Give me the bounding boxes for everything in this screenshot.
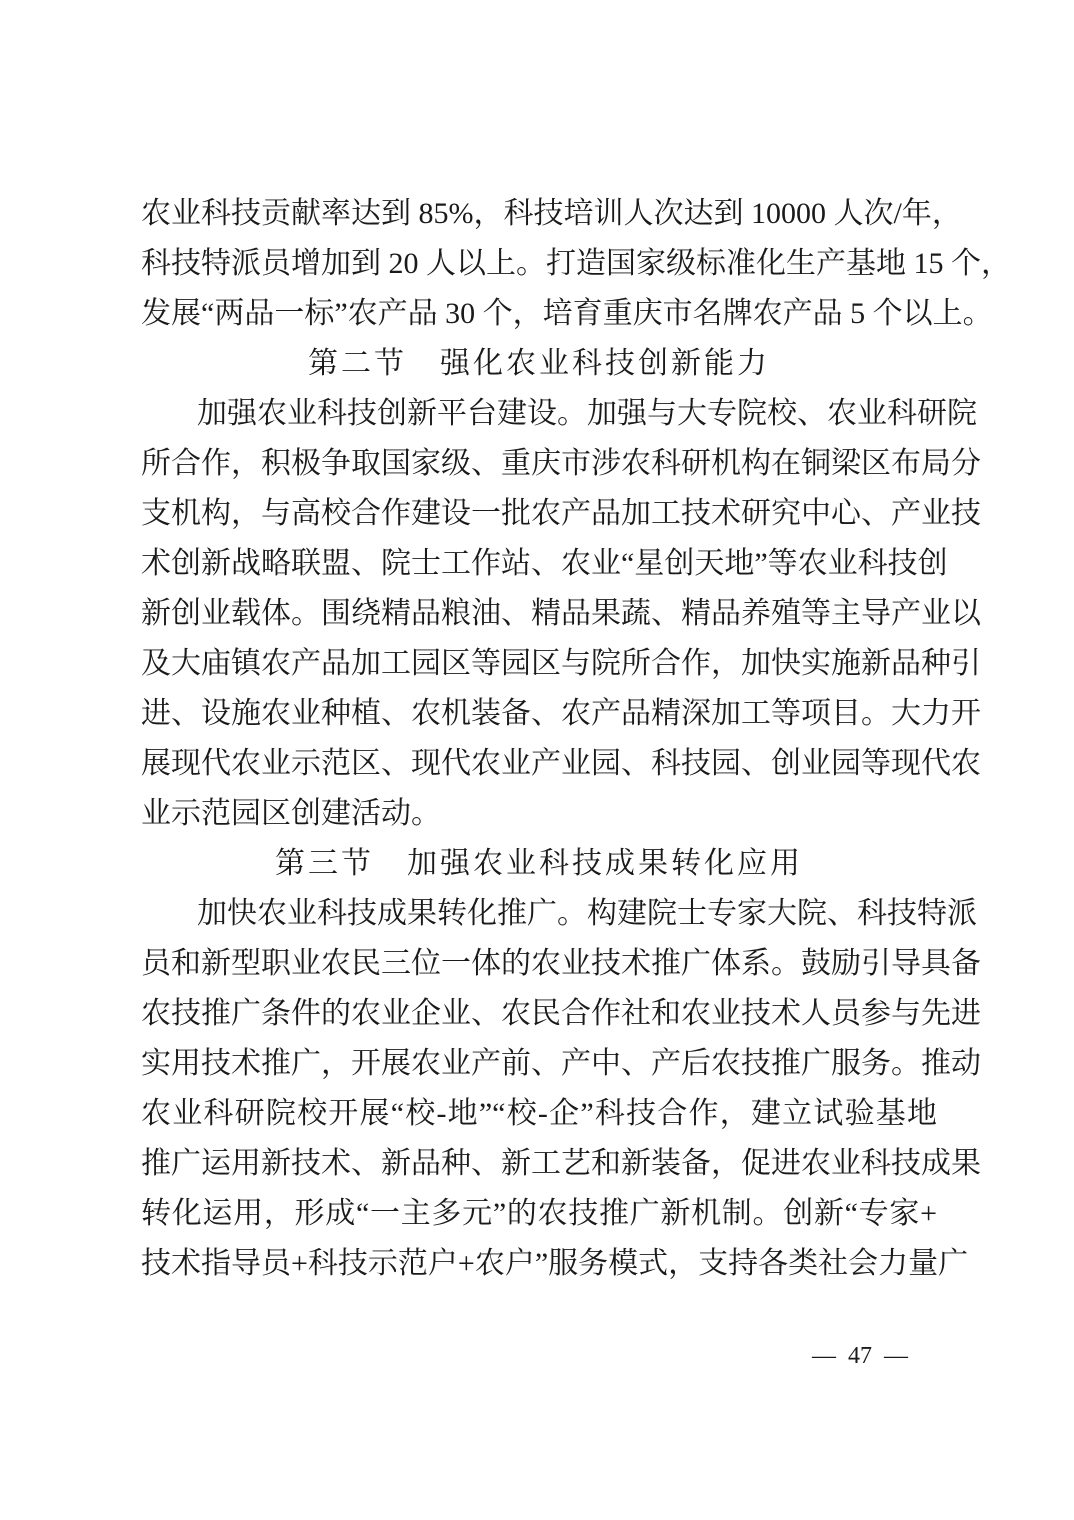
section-heading-2: 第二节 强化农业科技创新能力 [141, 339, 937, 389]
paragraph-line: 进、设施农业种植、农机装备、农产品精深加工等项目。大力开 [141, 689, 937, 739]
paragraph-line: 实用技术推广，开展农业产前、产中、产后农技推广服务。推动 [141, 1039, 937, 1089]
paragraph-line: 农技推广条件的农业企业、农民合作社和农业技术人员参与先进 [141, 989, 937, 1039]
paragraph-line: 员和新型职业农民三位一体的农业技术推广体系。鼓励引导具备 [141, 939, 937, 989]
paragraph-line: 发展“两品一标”农产品 30 个，培育重庆市名牌农产品 5 个以上。 [141, 289, 937, 339]
section-heading-3: 第三节 加强农业科技成果转化应用 [141, 839, 937, 889]
paragraph-line: 技术指导员+科技示范户+农户”服务模式，支持各类社会力量广 [141, 1239, 937, 1289]
paragraph-line: 推广运用新技术、新品种、新工艺和新装备，促进农业科技成果 [141, 1139, 937, 1189]
paragraph-line: 业示范园区创建活动。 [141, 789, 937, 839]
paragraph-line: 支机构，与高校合作建设一批农产品加工技术研究中心、产业技 [141, 489, 937, 539]
paragraph-line: 所合作，积极争取国家级、重庆市涉农科研机构在铜梁区布局分 [141, 439, 937, 489]
paragraph-line: 展现代农业示范区、现代农业产业园、科技园、创业园等现代农 [141, 739, 937, 789]
paragraph-line: 新创业载体。围绕精品粮油、精品果蔬、精品养殖等主导产业以 [141, 589, 937, 639]
body-text: 农业科技贡献率达到 85%，科技培训人次达到 10000 人次/年， 科技特派员… [141, 189, 937, 1289]
paragraph-line: 加快农业科技成果转化推广。构建院士专家大院、科技特派 [141, 889, 937, 939]
paragraph-line: 农业科研院校开展“校-地”“校-企”科技合作，建立试验基地 [141, 1089, 937, 1139]
document-page: 农业科技贡献率达到 85%，科技培训人次达到 10000 人次/年， 科技特派员… [0, 0, 1074, 1520]
paragraph-line: 农业科技贡献率达到 85%，科技培训人次达到 10000 人次/年， [141, 189, 937, 239]
paragraph-line: 加强农业科技创新平台建设。加强与大专院校、农业科研院 [141, 389, 937, 439]
paragraph-line: 及大庙镇农产品加工园区等园区与院所合作，加快实施新品种引 [141, 639, 937, 689]
page-number: — 47 — [800, 1338, 920, 1374]
paragraph-line: 转化运用，形成“一主多元”的农技推广新机制。创新“专家+ [141, 1189, 937, 1239]
paragraph-line: 科技特派员增加到 20 人以上。打造国家级标准化生产基地 15 个， [141, 239, 937, 289]
paragraph-line: 术创新战略联盟、院士工作站、农业“星创天地”等农业科技创 [141, 539, 937, 589]
